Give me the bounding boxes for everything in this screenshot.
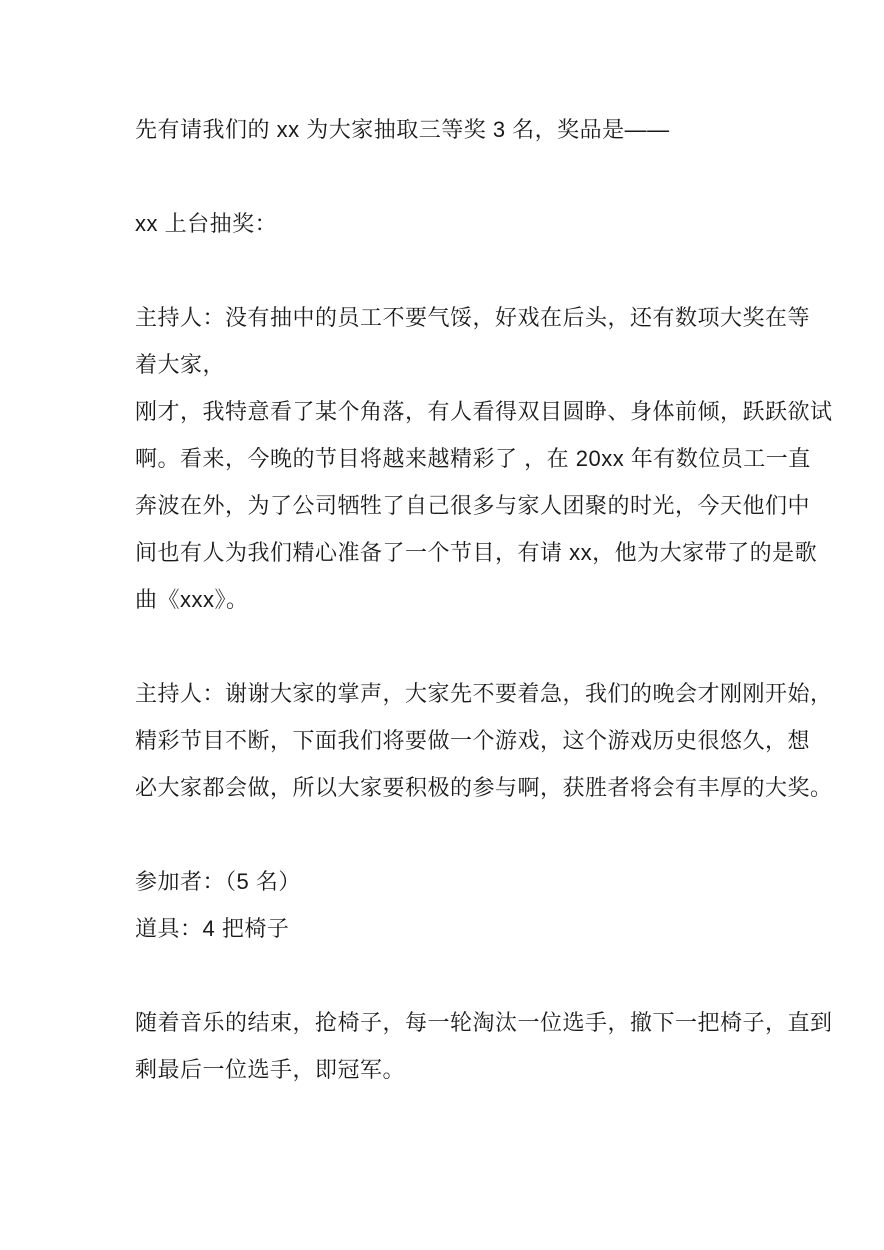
text-line: 主持人：没有抽中的员工不要气馁，好戏在后头，还有数项大奖在等 [135, 294, 784, 341]
text-line: 刚才，我特意看了某个角落，有人看得双目圆睁、身体前倾，跃跃欲试 [135, 388, 784, 435]
paragraph-host-speech-1: 主持人：没有抽中的员工不要气馁，好戏在后头，还有数项大奖在等 着大家， 刚才，我… [135, 294, 784, 623]
paragraph-xx-stage-draw: xx 上台抽奖： [135, 200, 784, 247]
paragraph-host-speech-2: 主持人：谢谢大家的掌声，大家先不要着急，我们的晚会才刚刚开始， 精彩节目不断，下… [135, 670, 784, 811]
text-line: 奔波在外，为了公司牺牲了自己很多与家人团聚的时光，今天他们中 [135, 482, 784, 529]
text-line: 先有请我们的 xx 为大家抽取三等奖 3 名，奖品是—— [135, 106, 784, 153]
text-line-props: 道具：4 把椅子 [135, 905, 784, 952]
text-line: 间也有人为我们精心准备了一个节目，有请 xx，他为大家带了的是歌 [135, 529, 784, 576]
text-line: 主持人：谢谢大家的掌声，大家先不要着急，我们的晚会才刚刚开始， [135, 670, 784, 717]
document-page: 先有请我们的 xx 为大家抽取三等奖 3 名，奖品是—— xx 上台抽奖： 主持… [0, 0, 884, 1250]
text-line: 曲《xxx》。 [135, 576, 784, 623]
paragraph-game-info: 参加者：（5 名） 道具：4 把椅子 [135, 858, 784, 952]
text-line: 随着音乐的结束，抢椅子，每一轮淘汰一位选手，撤下一把椅子，直到 [135, 999, 784, 1046]
paragraph-third-prize-draw-intro: 先有请我们的 xx 为大家抽取三等奖 3 名，奖品是—— [135, 106, 784, 153]
paragraph-game-rules: 随着音乐的结束，抢椅子，每一轮淘汰一位选手，撤下一把椅子，直到 剩最后一位选手，… [135, 999, 784, 1093]
text-line: xx 上台抽奖： [135, 200, 784, 247]
text-line: 精彩节目不断，下面我们将要做一个游戏，这个游戏历史很悠久，想 [135, 717, 784, 764]
text-line: 必大家都会做，所以大家要积极的参与啊，获胜者将会有丰厚的大奖。 [135, 764, 784, 811]
text-line: 剩最后一位选手，即冠军。 [135, 1046, 784, 1093]
text-line: 啊。看来，今晚的节目将越来越精彩了 ，在 20xx 年有数位员工一直 [135, 435, 784, 482]
text-line: 着大家， [135, 341, 784, 388]
text-line-participants: 参加者：（5 名） [135, 858, 784, 905]
